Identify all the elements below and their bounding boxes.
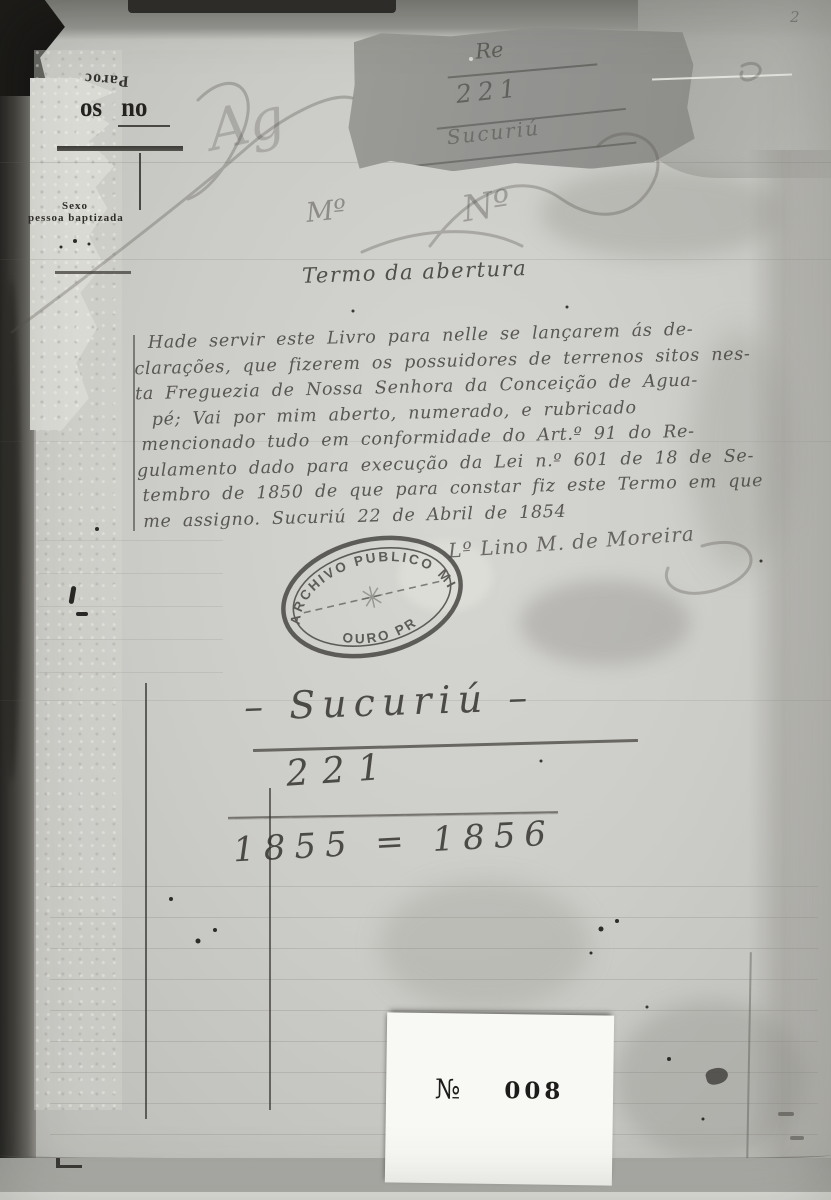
top-edge-black-strip bbox=[128, 0, 396, 13]
sex-label: Sexo bbox=[62, 200, 88, 212]
card-number: 008 bbox=[504, 1077, 564, 1105]
printed-label-inverted: Paroc bbox=[83, 68, 129, 89]
book-title: – Sucuriú – bbox=[243, 675, 535, 729]
right-edge-dash bbox=[790, 1136, 804, 1140]
right-edge-shading bbox=[748, 150, 831, 1170]
column-divider-short bbox=[139, 153, 141, 210]
stamp-bottom-text: OURO PR bbox=[338, 613, 422, 653]
book-cover: Re 221 Sucuriú Paroc os no Sexo pessoa b… bbox=[0, 0, 831, 1200]
torn-paper-fragment bbox=[30, 78, 114, 430]
corner-bracket-mark bbox=[56, 1158, 82, 1168]
paper-scrap: Re 221 Sucuriú bbox=[347, 25, 695, 173]
ruled-line-vertical-1 bbox=[145, 683, 147, 1119]
stain bbox=[380, 880, 590, 1010]
ruled-lines-panel-upper bbox=[38, 540, 223, 690]
signature: Lº Lino M. de Moreira bbox=[447, 521, 695, 562]
binding-dark-blob bbox=[2, 280, 20, 780]
opening-term-paragraph: Hade servir este Livro para nelle se lan… bbox=[134, 317, 739, 536]
right-edge-line bbox=[746, 952, 752, 1164]
stamp-ornament-icon: ✳ bbox=[356, 580, 388, 618]
register-label-underline bbox=[118, 125, 170, 127]
ink-blotch bbox=[704, 1065, 729, 1086]
binding-edge bbox=[0, 0, 36, 1200]
right-edge-dash bbox=[778, 1112, 794, 1116]
archive-card: № 008 bbox=[385, 1012, 614, 1185]
book-years: 1855 = 1856 bbox=[232, 814, 556, 871]
scrap-code: Re bbox=[474, 37, 504, 63]
ruled-line-vertical-2 bbox=[269, 788, 271, 1110]
stain bbox=[520, 580, 690, 665]
exclamation-mark bbox=[68, 586, 76, 605]
ink-speck-field bbox=[0, 0, 2, 2]
baptized-label: pessoa baptizada bbox=[28, 212, 124, 224]
pencil-mark-m: Mº bbox=[304, 194, 347, 229]
svg-text:OURO PR: OURO PR bbox=[338, 613, 422, 653]
thick-rule bbox=[57, 146, 183, 151]
top-edge-shadow bbox=[0, 0, 831, 40]
page-corner-number: 2 bbox=[790, 8, 800, 26]
book-number: 221 bbox=[285, 746, 395, 794]
top-right-corner-stain bbox=[638, 0, 831, 178]
svg-text:ARCHIVO PUBLICO MI: ARCHIVO PUBLICO MI bbox=[276, 532, 461, 628]
scrap-name: Sucuriú bbox=[446, 116, 542, 150]
pencil-flourish-letters: Ag bbox=[202, 85, 290, 164]
scrap-fold-line bbox=[339, 25, 353, 175]
crease-line bbox=[0, 162, 831, 163]
scratch-line bbox=[652, 74, 792, 81]
scrap-bottom-line bbox=[398, 142, 637, 169]
stamp-arc-text: ARCHIVO PUBLICO MI bbox=[276, 532, 461, 628]
register-label: os no bbox=[80, 92, 147, 123]
stain bbox=[540, 168, 780, 258]
scrap-number-underline bbox=[437, 108, 626, 130]
margin-rule-short bbox=[55, 271, 131, 274]
bottom-white-line bbox=[0, 1192, 831, 1200]
exclamation-dash bbox=[76, 612, 88, 616]
opening-term-heading: Termo da abertura bbox=[302, 256, 528, 288]
pencil-mark-n: Nº bbox=[459, 182, 513, 230]
title-underline bbox=[253, 739, 638, 752]
scrap-number: 221 bbox=[455, 73, 523, 109]
scrap-code-underline bbox=[448, 63, 598, 78]
card-number-sign: № bbox=[435, 1074, 461, 1105]
